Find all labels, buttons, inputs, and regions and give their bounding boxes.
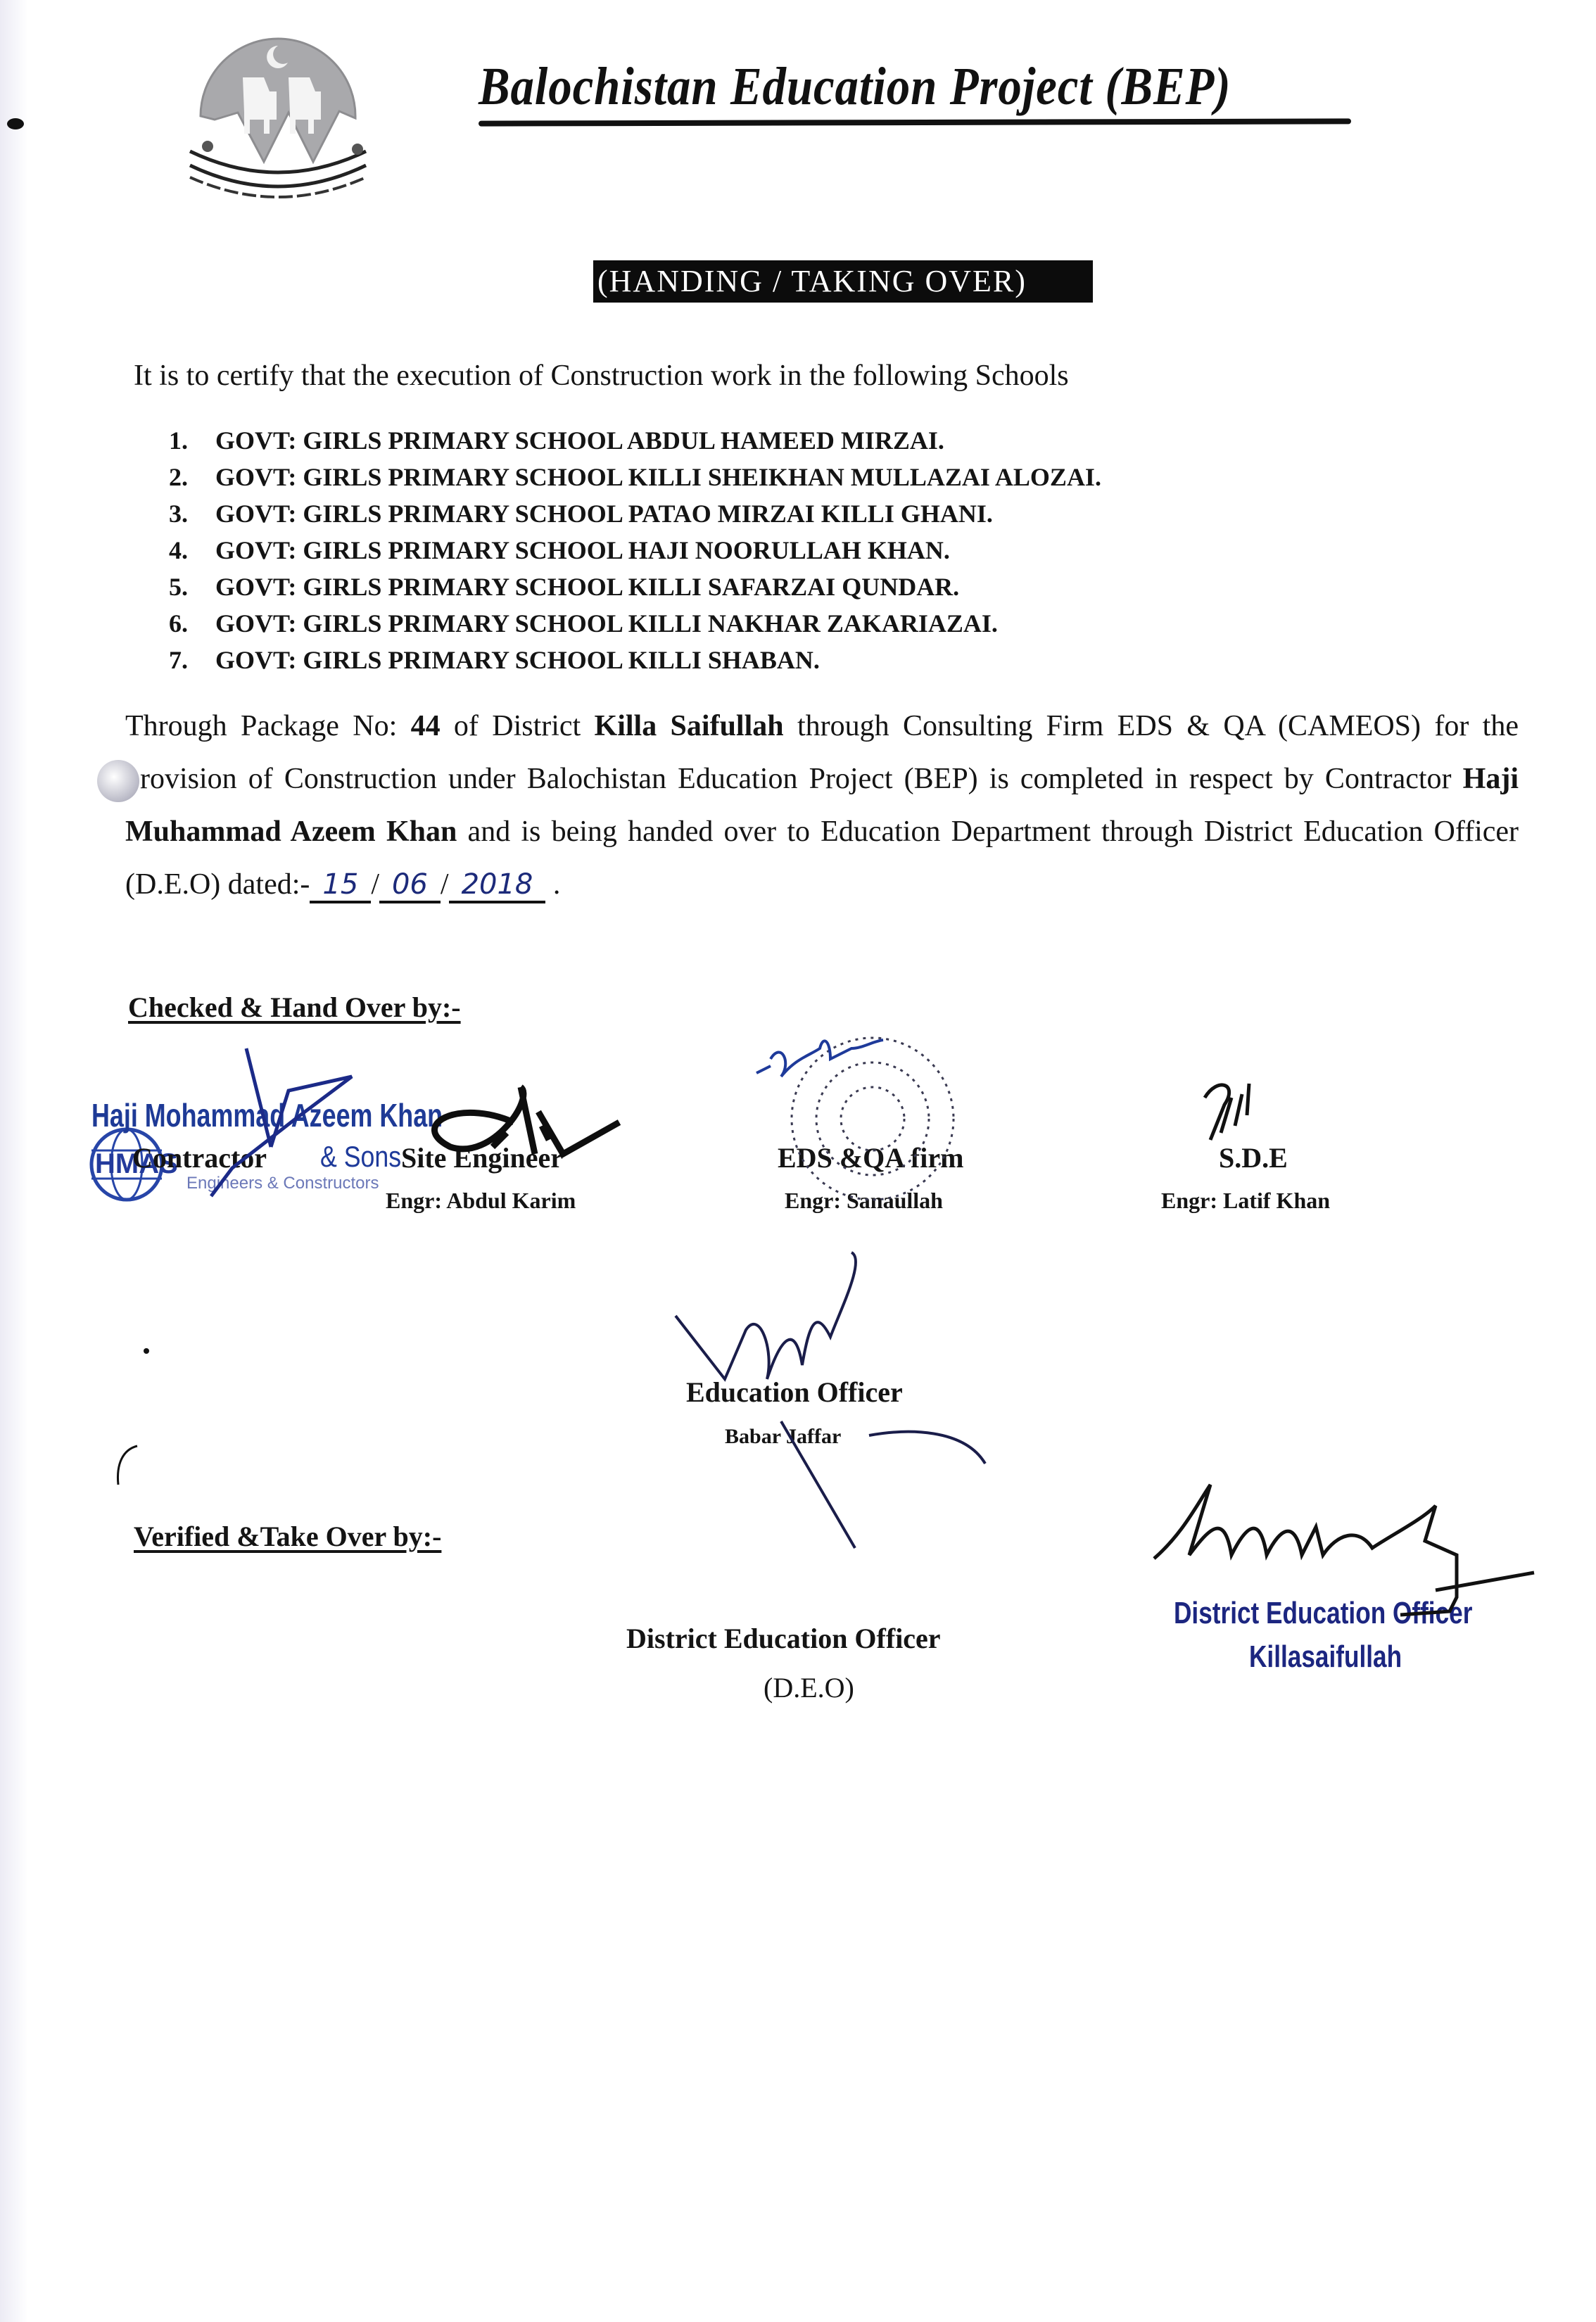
handing-taking-over-banner: (HANDING / TAKING OVER) [593,260,1093,303]
deo-stamp-line2: Killasaifullah [1249,1639,1402,1675]
list-item: 1.GOVT: GIRLS PRIMARY SCHOOL ABDUL HAMEE… [169,422,1101,459]
education-officer-role: Education Officer [686,1376,903,1409]
list-item: 7.GOVT: GIRLS PRIMARY SCHOOL KILLI SHABA… [169,642,1101,678]
package-number: 44 [411,710,441,742]
eds-qa-engineer-name: Engr: Sanaullah [785,1188,943,1214]
education-officer-name: Babar Jaffar [725,1425,841,1449]
verified-takeover-heading: Verified &Take Over by:- [134,1520,441,1553]
site-engineer-name: Engr: Abdul Karim [386,1188,576,1214]
certificate-paragraph: Through Package No: 44 of District Killa… [125,700,1519,911]
eds-qa-firm-role: EDS &QA firm [778,1141,963,1174]
handwritten-date-month: 06 [379,868,441,903]
handwritten-date-year: 2018 [449,868,546,903]
punch-hole [97,760,139,802]
list-item: 6.GOVT: GIRLS PRIMARY SCHOOL KILLI NAKHA… [169,605,1101,642]
page-edge-shadow [0,0,28,2322]
district-name: Killa Saifullah [595,710,784,742]
site-engineer-role: Site Engineer [401,1141,563,1174]
contractor-stamp-suffix: & Sons [320,1140,401,1174]
contractor-role: Contractor [132,1141,267,1174]
title-underline [479,118,1351,126]
sde-signature-icon [1205,1084,1249,1140]
list-item: 2.GOVT: GIRLS PRIMARY SCHOOL KILLI SHEIK… [169,459,1101,495]
deo-role: District Education Officer [626,1622,941,1655]
stray-pen-mark-icon [118,1446,137,1485]
sde-name: Engr: Latif Khan [1161,1188,1330,1214]
eds-qa-signature-icon [756,1040,883,1077]
sde-role: S.D.E [1219,1141,1288,1174]
intro-text: It is to certify that the execution of C… [134,359,1069,393]
scan-speck [7,118,24,129]
deo-abbreviation: (D.E.O) [764,1671,854,1704]
list-item: 3.GOVT: GIRLS PRIMARY SCHOOL PATAO MIRZA… [169,495,1101,532]
checked-handover-heading: Checked & Hand Over by:- [128,991,461,1024]
deo-stamp-line1: District Education Officer [1174,1596,1472,1631]
bep-logo-icon [176,28,380,204]
contractor-stamp-tagline: Engineers & Constructors [186,1174,379,1193]
list-item: 4.GOVT: GIRLS PRIMARY SCHOOL HAJI NOORUL… [169,532,1101,569]
contractor-stamp-name: Haji Mohammad Azeem Khan [91,1096,443,1134]
document-title: Balochistan Education Project (BEP) [479,56,1253,118]
list-item: 5.GOVT: GIRLS PRIMARY SCHOOL KILLI SAFAR… [169,569,1101,605]
handwritten-date-day: 15 [310,868,371,903]
eds-qa-seal-icon [792,1038,954,1200]
school-list: 1.GOVT: GIRLS PRIMARY SCHOOL ABDUL HAMEE… [169,422,1101,678]
